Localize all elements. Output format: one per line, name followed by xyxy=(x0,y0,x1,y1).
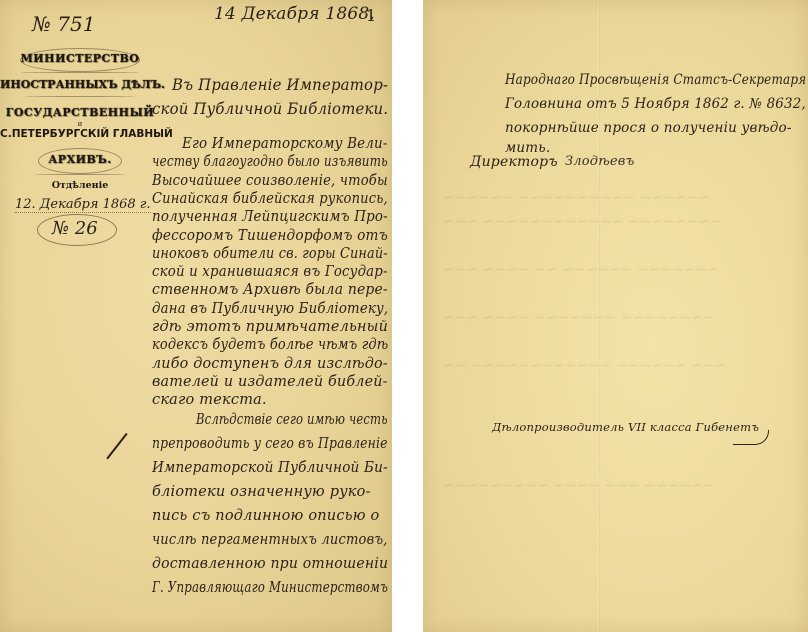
right-body-line: Народнаго Просвѣщенія Статсъ-Секретаря xyxy=(505,72,806,88)
clerk-line: Дѣлопроизводитель VII класса Гибенетъ xyxy=(492,420,759,434)
body-line: пись съ подлинною описью о xyxy=(152,508,379,524)
body-line: бліотеки означенную руко- xyxy=(152,484,371,500)
body-line: доставленною при отношеніи xyxy=(152,556,388,572)
signature-flourish xyxy=(733,430,769,445)
right-body-line: покорнѣйше прося о полученіи увѣдо- xyxy=(505,120,792,136)
body-line: Г. Управляющаго Министерствомъ xyxy=(152,580,388,596)
body-line: числѣ пергаментныхъ листовъ, xyxy=(152,532,388,548)
left-page-lower-text: Вслѣдствіе сего имѣю честьпрепроводить у… xyxy=(0,0,392,632)
body-line: Вслѣдствіе сего имѣю честь xyxy=(196,412,388,428)
right-body-line: Головнина отъ 5 Ноября 1862 г. № 8632, xyxy=(505,96,806,112)
body-line: препроводить у сего въ Правленіе xyxy=(152,436,388,452)
director-label: Директоръ xyxy=(470,154,558,170)
director-signature: Злодѣевъ xyxy=(565,154,634,169)
body-line: Императорской Публичной Би- xyxy=(152,460,388,476)
